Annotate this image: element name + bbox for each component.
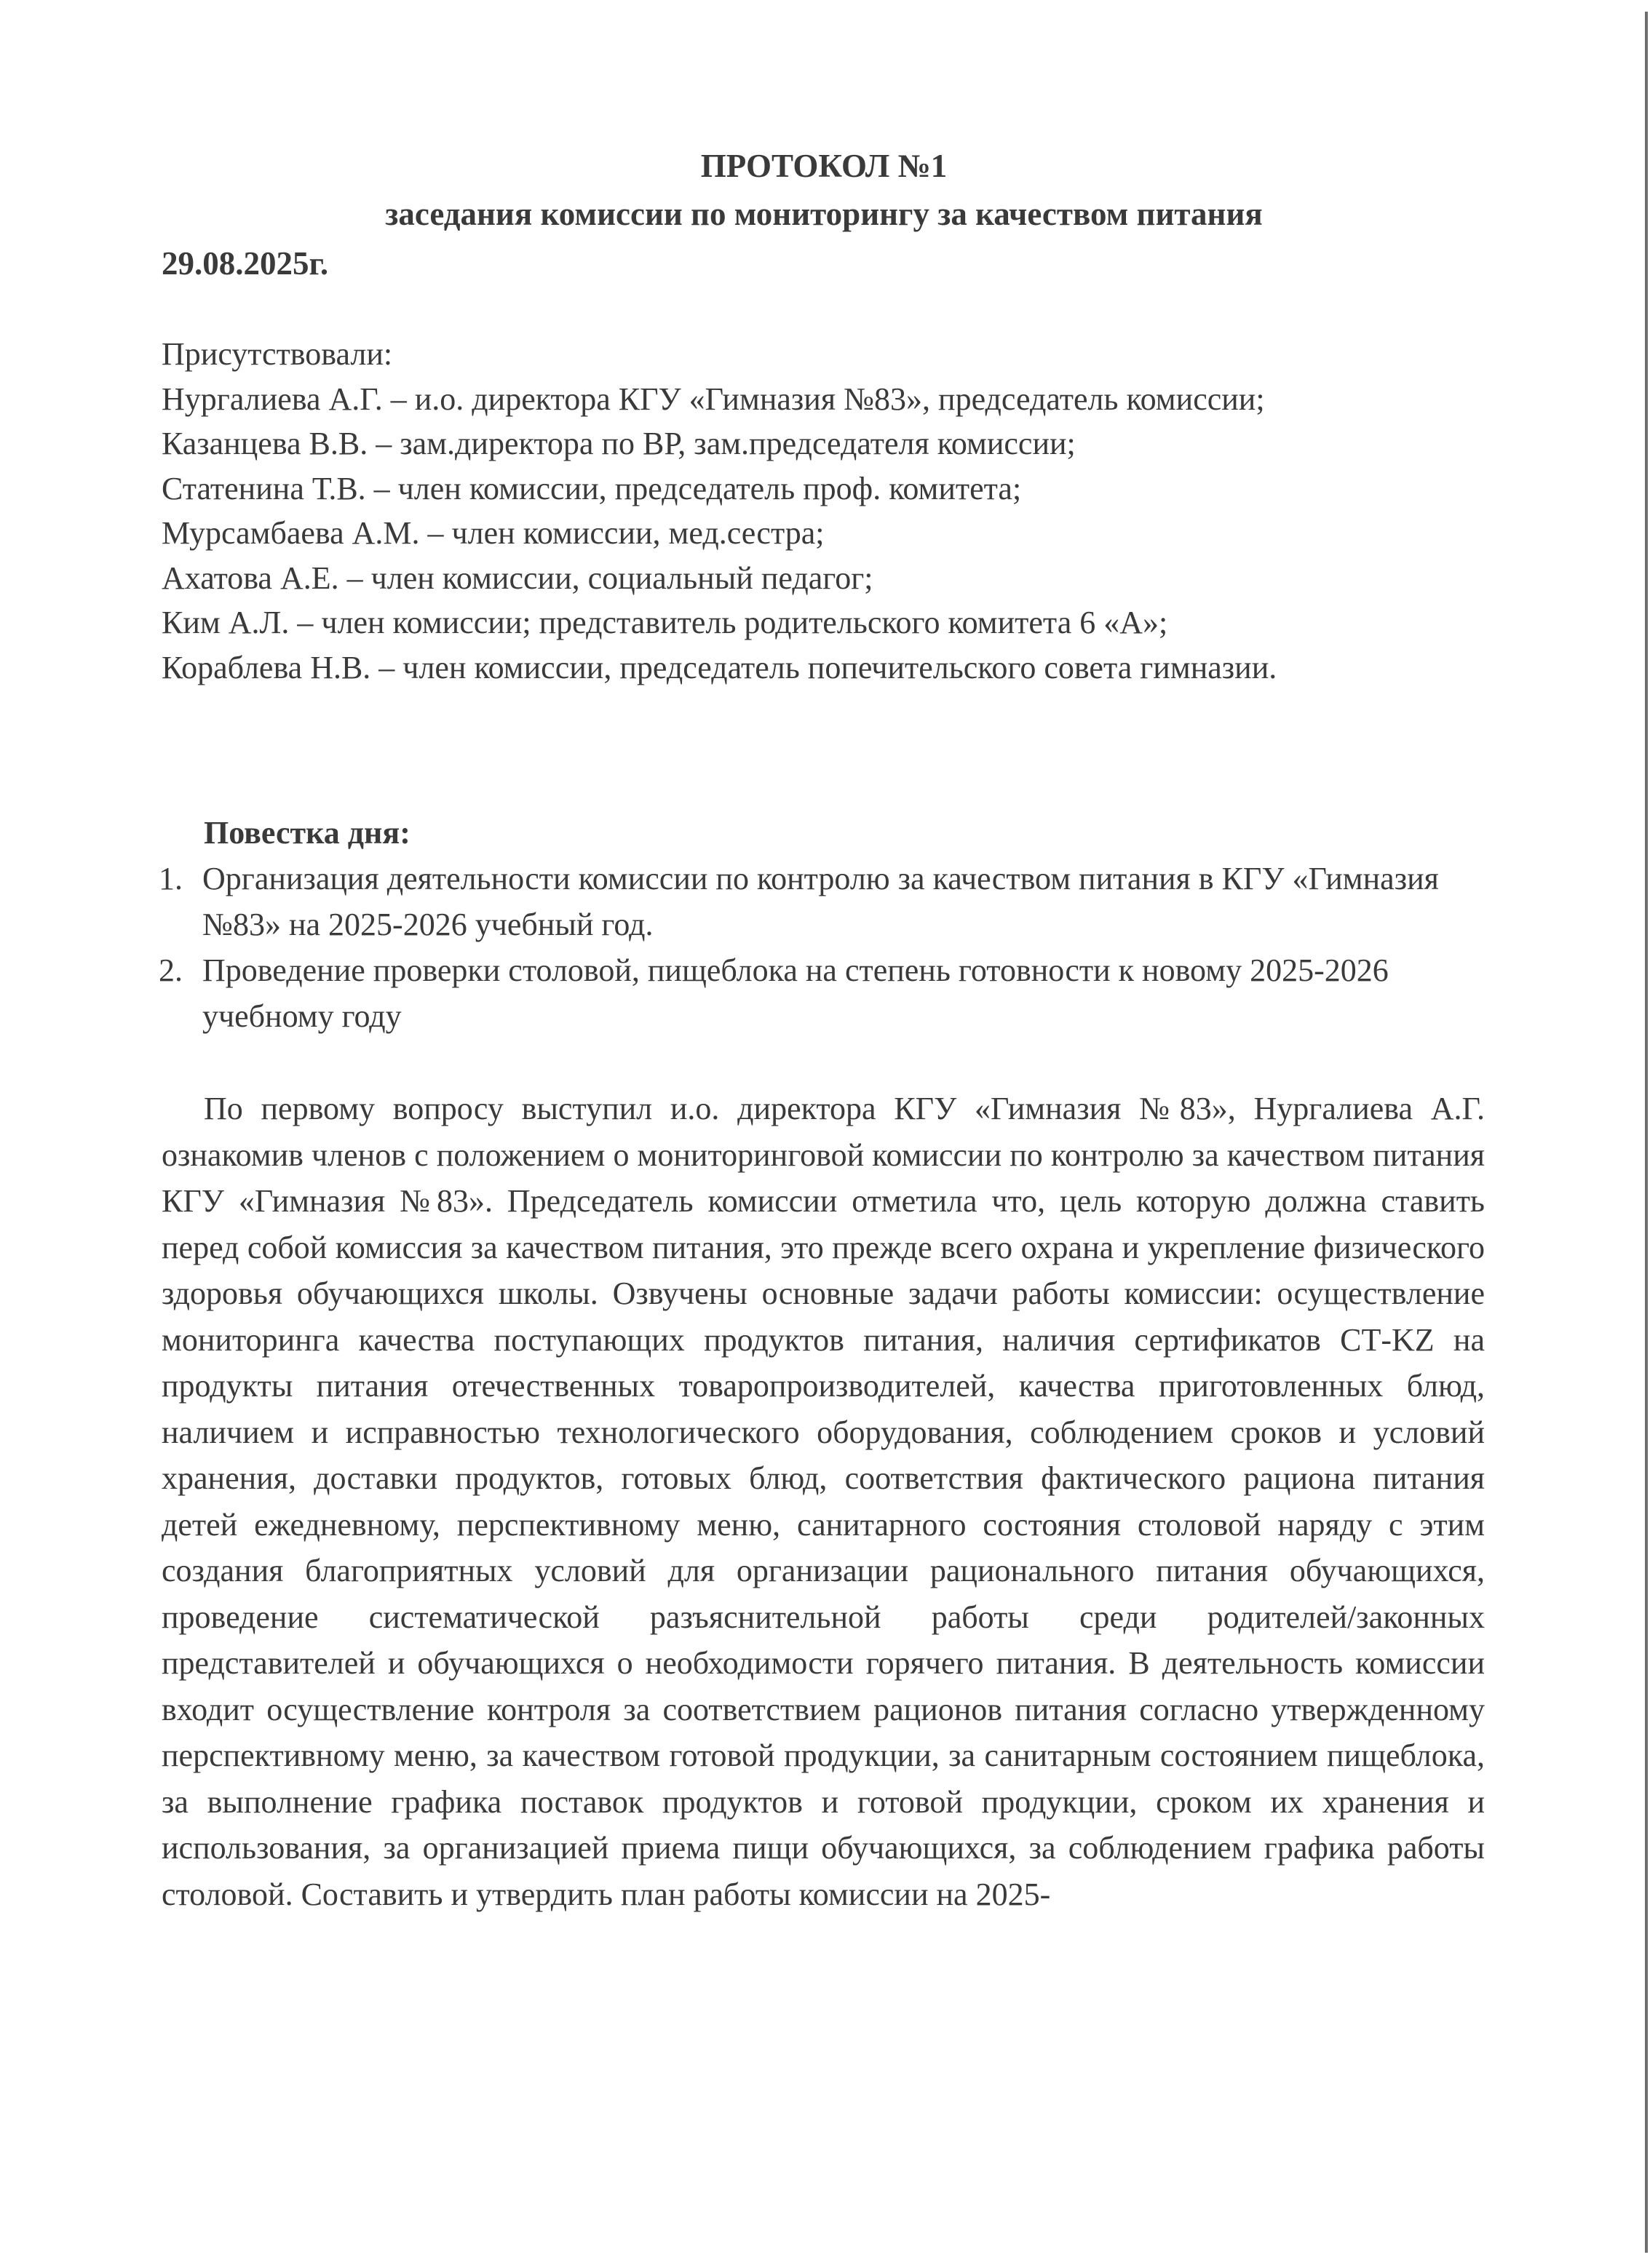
agenda-item-text: Проведение проверки столовой, пищеблока …: [202, 952, 1389, 1034]
agenda-item-number: 2.: [159, 947, 183, 993]
agenda-heading: Повестка дня:: [204, 810, 1486, 856]
document-date: 29.08.2025г.: [162, 240, 328, 287]
attendee-item: Мурсамбаева А.М. – член комиссии, мед.се…: [162, 511, 1277, 556]
attendee-item: Нургалиева А.Г. – и.о. директора КГУ «Ги…: [162, 377, 1277, 422]
agenda-list: 1. Организация деятельности комиссии по …: [162, 856, 1486, 1039]
scan-page-edge: [1645, 12, 1648, 2253]
attendees-heading: Присутствовали:: [162, 332, 1277, 377]
attendee-item: Кораблева Н.В. – член комиссии, председа…: [162, 645, 1277, 691]
agenda-item-number: 1.: [159, 856, 183, 902]
agenda-item-text: Организация деятельности комиссии по кон…: [202, 861, 1439, 942]
attendee-item: Ким А.Л. – член комиссии; представитель …: [162, 600, 1277, 645]
attendees-list: Присутствовали: Нургалиева А.Г. – и.о. д…: [162, 332, 1277, 690]
first-question-paragraph: По первому вопросу выступил и.о. директо…: [162, 1086, 1485, 1917]
attendee-item: Казанцева В.В. – зам.директора по ВР, за…: [162, 421, 1277, 466]
agenda-section: Повестка дня: 1. Организация деятельност…: [162, 810, 1486, 1039]
document-title: ПРОТОКОЛ №1: [162, 143, 1486, 189]
document-subtitle: заседания комиссии по мониторингу за кач…: [162, 191, 1486, 237]
attendee-item: Статенина Т.В. – член комиссии, председа…: [162, 466, 1277, 512]
agenda-item: 2. Проведение проверки столовой, пищебло…: [162, 947, 1486, 1039]
agenda-item: 1. Организация деятельности комиссии по …: [162, 856, 1486, 947]
attendee-item: Ахатова А.Е. – член комиссии, социальный…: [162, 556, 1277, 601]
